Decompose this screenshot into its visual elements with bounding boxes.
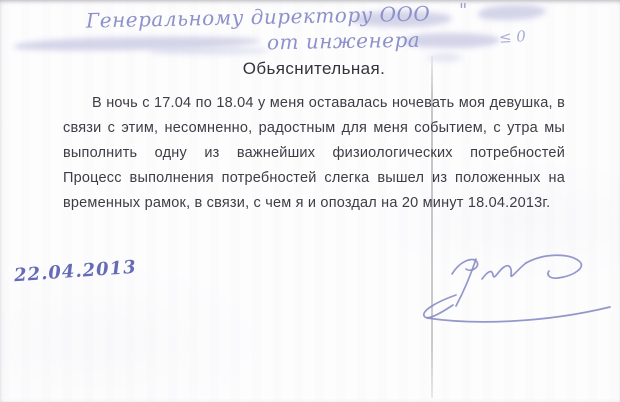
body-line: связи с этим, несомненно, радостным для … — [63, 116, 565, 141]
redacted-smudge — [478, 4, 546, 21]
redacted-smudge — [150, 47, 270, 55]
document-title: Обьяснительная. — [63, 59, 565, 79]
body-line: Процесс выполнения потребностей слегка в… — [63, 166, 565, 191]
body-line: временных рамок, в связи, с чем я и опоз… — [63, 191, 565, 216]
handwritten-quote-mark: " — [459, 0, 467, 21]
handwritten-from-line: от инженера — [267, 28, 421, 55]
scanned-explanatory-note: Генеральному директору ООО " от инженера… — [0, 0, 620, 402]
illegible-handwriting-mark: ≤ 0 — [498, 27, 526, 47]
signature-scribble — [412, 252, 618, 326]
handwritten-date: 22.04.2013 — [13, 257, 137, 287]
body-line: выполнить одну из важнейших физиологичес… — [63, 141, 565, 166]
body-line: В ночь с 17.04 по 18.04 у меня оставалас… — [63, 91, 565, 116]
body-paragraph: В ночь с 17.04 по 18.04 у меня оставалас… — [63, 91, 565, 216]
